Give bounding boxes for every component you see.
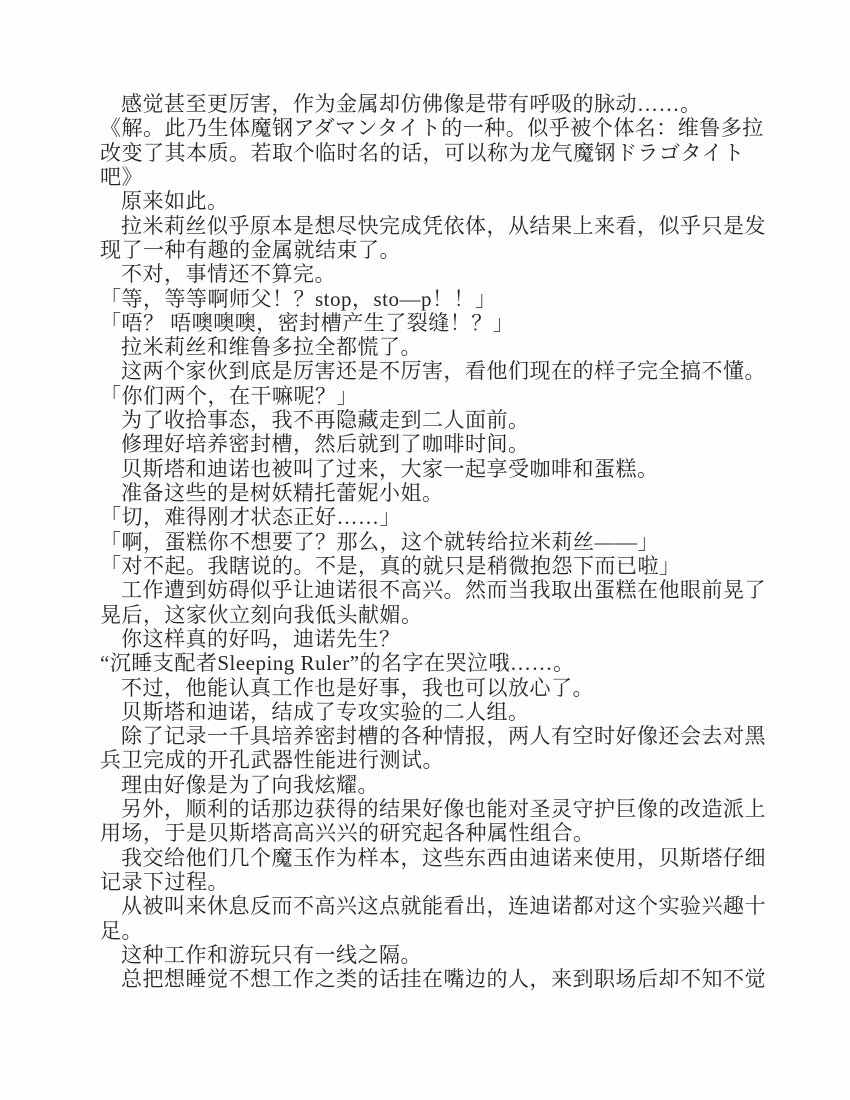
text-line: 不过，他能认真工作也是好事，我也可以放心了。 — [100, 676, 790, 700]
text-line: 记录下过程。 — [100, 870, 790, 894]
text-line: 「对不起。我瞎说的。不是，真的就只是稍微抱怨下而已啦」 — [100, 554, 790, 578]
novel-text-block: 感觉甚至更厉害，作为金属却仿佛像是带有呼吸的脉动……。《解。此乃生体魔钢アダマン… — [100, 92, 790, 992]
text-line: 总把想睡觉不想工作之类的话挂在嘴边的人，来到职场后却不知不觉 — [100, 967, 790, 991]
text-line: 「切，难得刚才状态正好……」 — [100, 505, 790, 529]
text-line: 这两个家伙到底是厉害还是不厉害，看他们现在的样子完全搞不懂。 — [100, 359, 790, 383]
text-line: 拉米莉丝似乎原本是想尽快完成凭依体，从结果上来看，似乎只是发 — [100, 214, 790, 238]
text-line: 拉米莉丝和维鲁多拉全都慌了。 — [100, 335, 790, 359]
text-line: 除了记录一千具培养密封槽的各种情报，两人有空时好像还会去对黑 — [100, 724, 790, 748]
text-line: 我交给他们几个魔玉作为样本，这些东西由迪诺来使用，贝斯塔仔细 — [100, 846, 790, 870]
text-line: 足。 — [100, 919, 790, 943]
text-line: 现了一种有趣的金属就结束了。 — [100, 238, 790, 262]
text-line: 用场，于是贝斯塔高高兴兴的研究起各种属性组合。 — [100, 821, 790, 845]
text-line: 感觉甚至更厉害，作为金属却仿佛像是带有呼吸的脉动……。 — [100, 92, 790, 116]
text-line: 「啊，蛋糕你不想要了？那么，这个就转给拉米莉丝——」 — [100, 530, 790, 554]
text-line: 修理好培养密封槽，然后就到了咖啡时间。 — [100, 432, 790, 456]
text-line: “沉睡支配者Sleeping Ruler”的名字在哭泣哦……。 — [100, 651, 790, 675]
text-line: 原来如此。 — [100, 189, 790, 213]
text-line: 吧》 — [100, 165, 790, 189]
novel-page: 感觉甚至更厉害，作为金属却仿佛像是带有呼吸的脉动……。《解。此乃生体魔钢アダマン… — [0, 0, 850, 1100]
text-line: 改变了其本质。若取个临时名的话，可以称为龙气魔钢ドラゴタイト — [100, 141, 790, 165]
text-line: 「你们两个，在干嘛呢？」 — [100, 384, 790, 408]
text-line: 「等，等等啊师父！？stop，sto—p！！」 — [100, 287, 790, 311]
text-line: 《解。此乃生体魔钢アダマンタイト的一种。似乎被个体名：维鲁多拉 — [100, 116, 790, 140]
text-line: 不对，事情还不算完。 — [100, 262, 790, 286]
text-line: 另外，顺利的话那边获得的结果好像也能对圣灵守护巨像的改造派上 — [100, 797, 790, 821]
text-line: 理由好像是为了向我炫耀。 — [100, 773, 790, 797]
text-line: 晃后，这家伙立刻向我低头献媚。 — [100, 603, 790, 627]
text-line: 「唔？ 唔噢噢噢，密封槽产生了裂缝！？」 — [100, 311, 790, 335]
text-line: 贝斯塔和迪诺也被叫了过来，大家一起享受咖啡和蛋糕。 — [100, 457, 790, 481]
text-line: 这种工作和游玩只有一线之隔。 — [100, 943, 790, 967]
text-line: 为了收拾事态，我不再隐藏走到二人面前。 — [100, 408, 790, 432]
text-line: 贝斯塔和迪诺，结成了专攻实验的二人组。 — [100, 700, 790, 724]
text-line: 准备这些的是树妖精托蕾妮小姐。 — [100, 481, 790, 505]
text-line: 从被叫来休息反而不高兴这点就能看出，连迪诺都对这个实验兴趣十 — [100, 894, 790, 918]
text-line: 兵卫完成的开孔武器性能进行测试。 — [100, 748, 790, 772]
text-line: 工作遭到妨碍似乎让迪诺很不高兴。然而当我取出蛋糕在他眼前晃了 — [100, 578, 790, 602]
text-line: 你这样真的好吗，迪诺先生？ — [100, 627, 790, 651]
